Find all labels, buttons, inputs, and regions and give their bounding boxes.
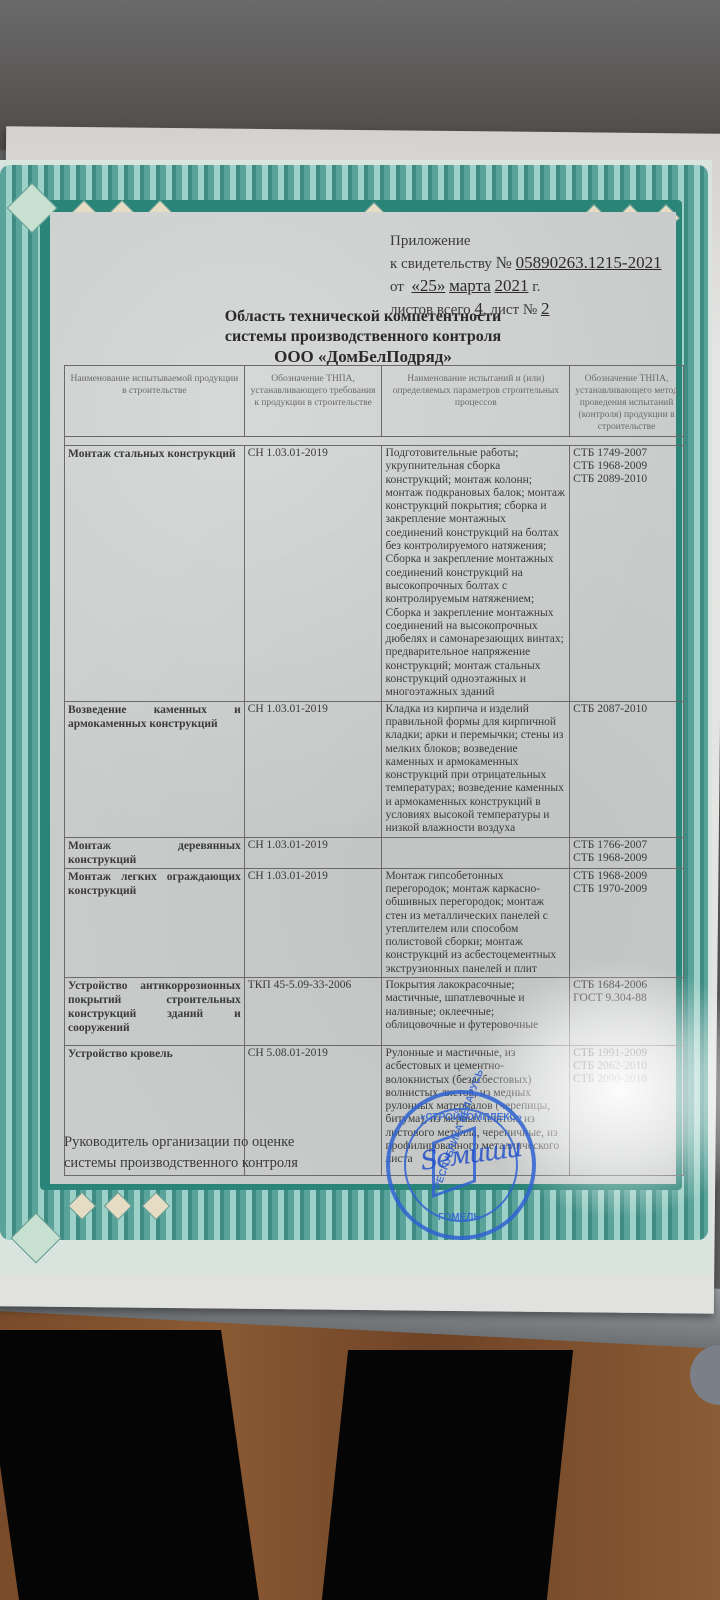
method-std: СТБ 1749-2007 СТБ 1968-2009 СТБ 2089-201… <box>570 446 684 702</box>
method-std: СТБ 1766-2007 СТБ 1968-2009 <box>570 837 684 868</box>
table-row: Монтаж деревянных конструкцийСН 1.03.01-… <box>65 837 684 868</box>
product-name: Возведение каменных и армокаменных конст… <box>65 701 245 837</box>
requirement-std: СН 1.03.01-2019 <box>244 837 382 868</box>
person-leg-left <box>0 1330 259 1600</box>
requirement-std: СН 1.03.01-2019 <box>244 446 382 702</box>
product-name: Устройство антикоррозионных покрытий стр… <box>65 977 245 1045</box>
table-header-row: Наименование испытываемой продукции в ст… <box>65 366 684 437</box>
signatory-line-1: Руководитель организации по оценке <box>64 1132 298 1153</box>
annex-date: от «25» марта 2021 г. <box>390 275 662 298</box>
header-tests: Наименование испытаний и (или) определяе… <box>382 366 570 437</box>
table-row: Возведение каменных и армокаменных конст… <box>65 701 684 837</box>
date-day: «25» <box>411 276 445 295</box>
certificate-reference: к свидетельству № 05890263.1215-2021 <box>390 252 662 275</box>
certificate-prefix: к свидетельству <box>390 256 492 272</box>
signatory-line-2: системы производственного контроля <box>64 1153 298 1174</box>
date-prefix: от <box>390 279 404 295</box>
requirement-std: ТКП 45-5.09-33-2006 <box>244 977 382 1045</box>
stamp-text-bottom: ГОМЕЛЬ <box>438 1212 481 1223</box>
tests-description <box>382 837 570 868</box>
title-line-2: системы производственного контроля <box>50 327 676 347</box>
signatory-block: Руководитель организации по оценке систе… <box>64 1132 298 1174</box>
certificate-number: 05890263.1215-2021 <box>516 253 662 272</box>
title-line-1: Область технической компетентности <box>50 307 676 327</box>
date-month: марта <box>449 276 491 295</box>
product-name: Монтаж деревянных конструкций <box>65 837 245 868</box>
date-year: 2021 <box>495 276 529 295</box>
method-std: СТБ 2087-2010 <box>570 701 684 837</box>
date-suffix: г. <box>532 279 540 295</box>
header-spacer <box>65 437 684 446</box>
table-row: Монтаж стальных конструкцийСН 1.03.01-20… <box>65 446 684 702</box>
tests-description: Кладка из кирпича и изделий правильной ф… <box>382 701 570 837</box>
header-requirement-std: Обозначение ТНПА, устанавливающего требо… <box>244 366 382 437</box>
requirement-std: СН 1.03.01-2019 <box>244 868 382 977</box>
header-product: Наименование испытываемой продукции в ст… <box>65 366 245 437</box>
requirement-std: СН 1.03.01-2019 <box>244 701 382 837</box>
product-name: Монтаж легких ограждающих конструкций <box>65 868 245 977</box>
tests-description: Подготовительные работы; укрупнительная … <box>382 446 570 702</box>
organization-name: ООО «ДомБелПодряд» <box>50 347 676 367</box>
header-method-std: Обозначение ТНПА, устанавливающего метод… <box>570 366 684 437</box>
stamp-text-org: «СТРОЙКОМПЛЕКС» <box>420 1112 522 1123</box>
annex-label: Приложение <box>390 230 662 252</box>
document-title: Область технической компетентности систе… <box>50 307 676 367</box>
product-name: Монтаж стальных конструкций <box>65 446 245 702</box>
person-leg-right <box>322 1350 573 1600</box>
number-sign: № <box>496 253 512 272</box>
